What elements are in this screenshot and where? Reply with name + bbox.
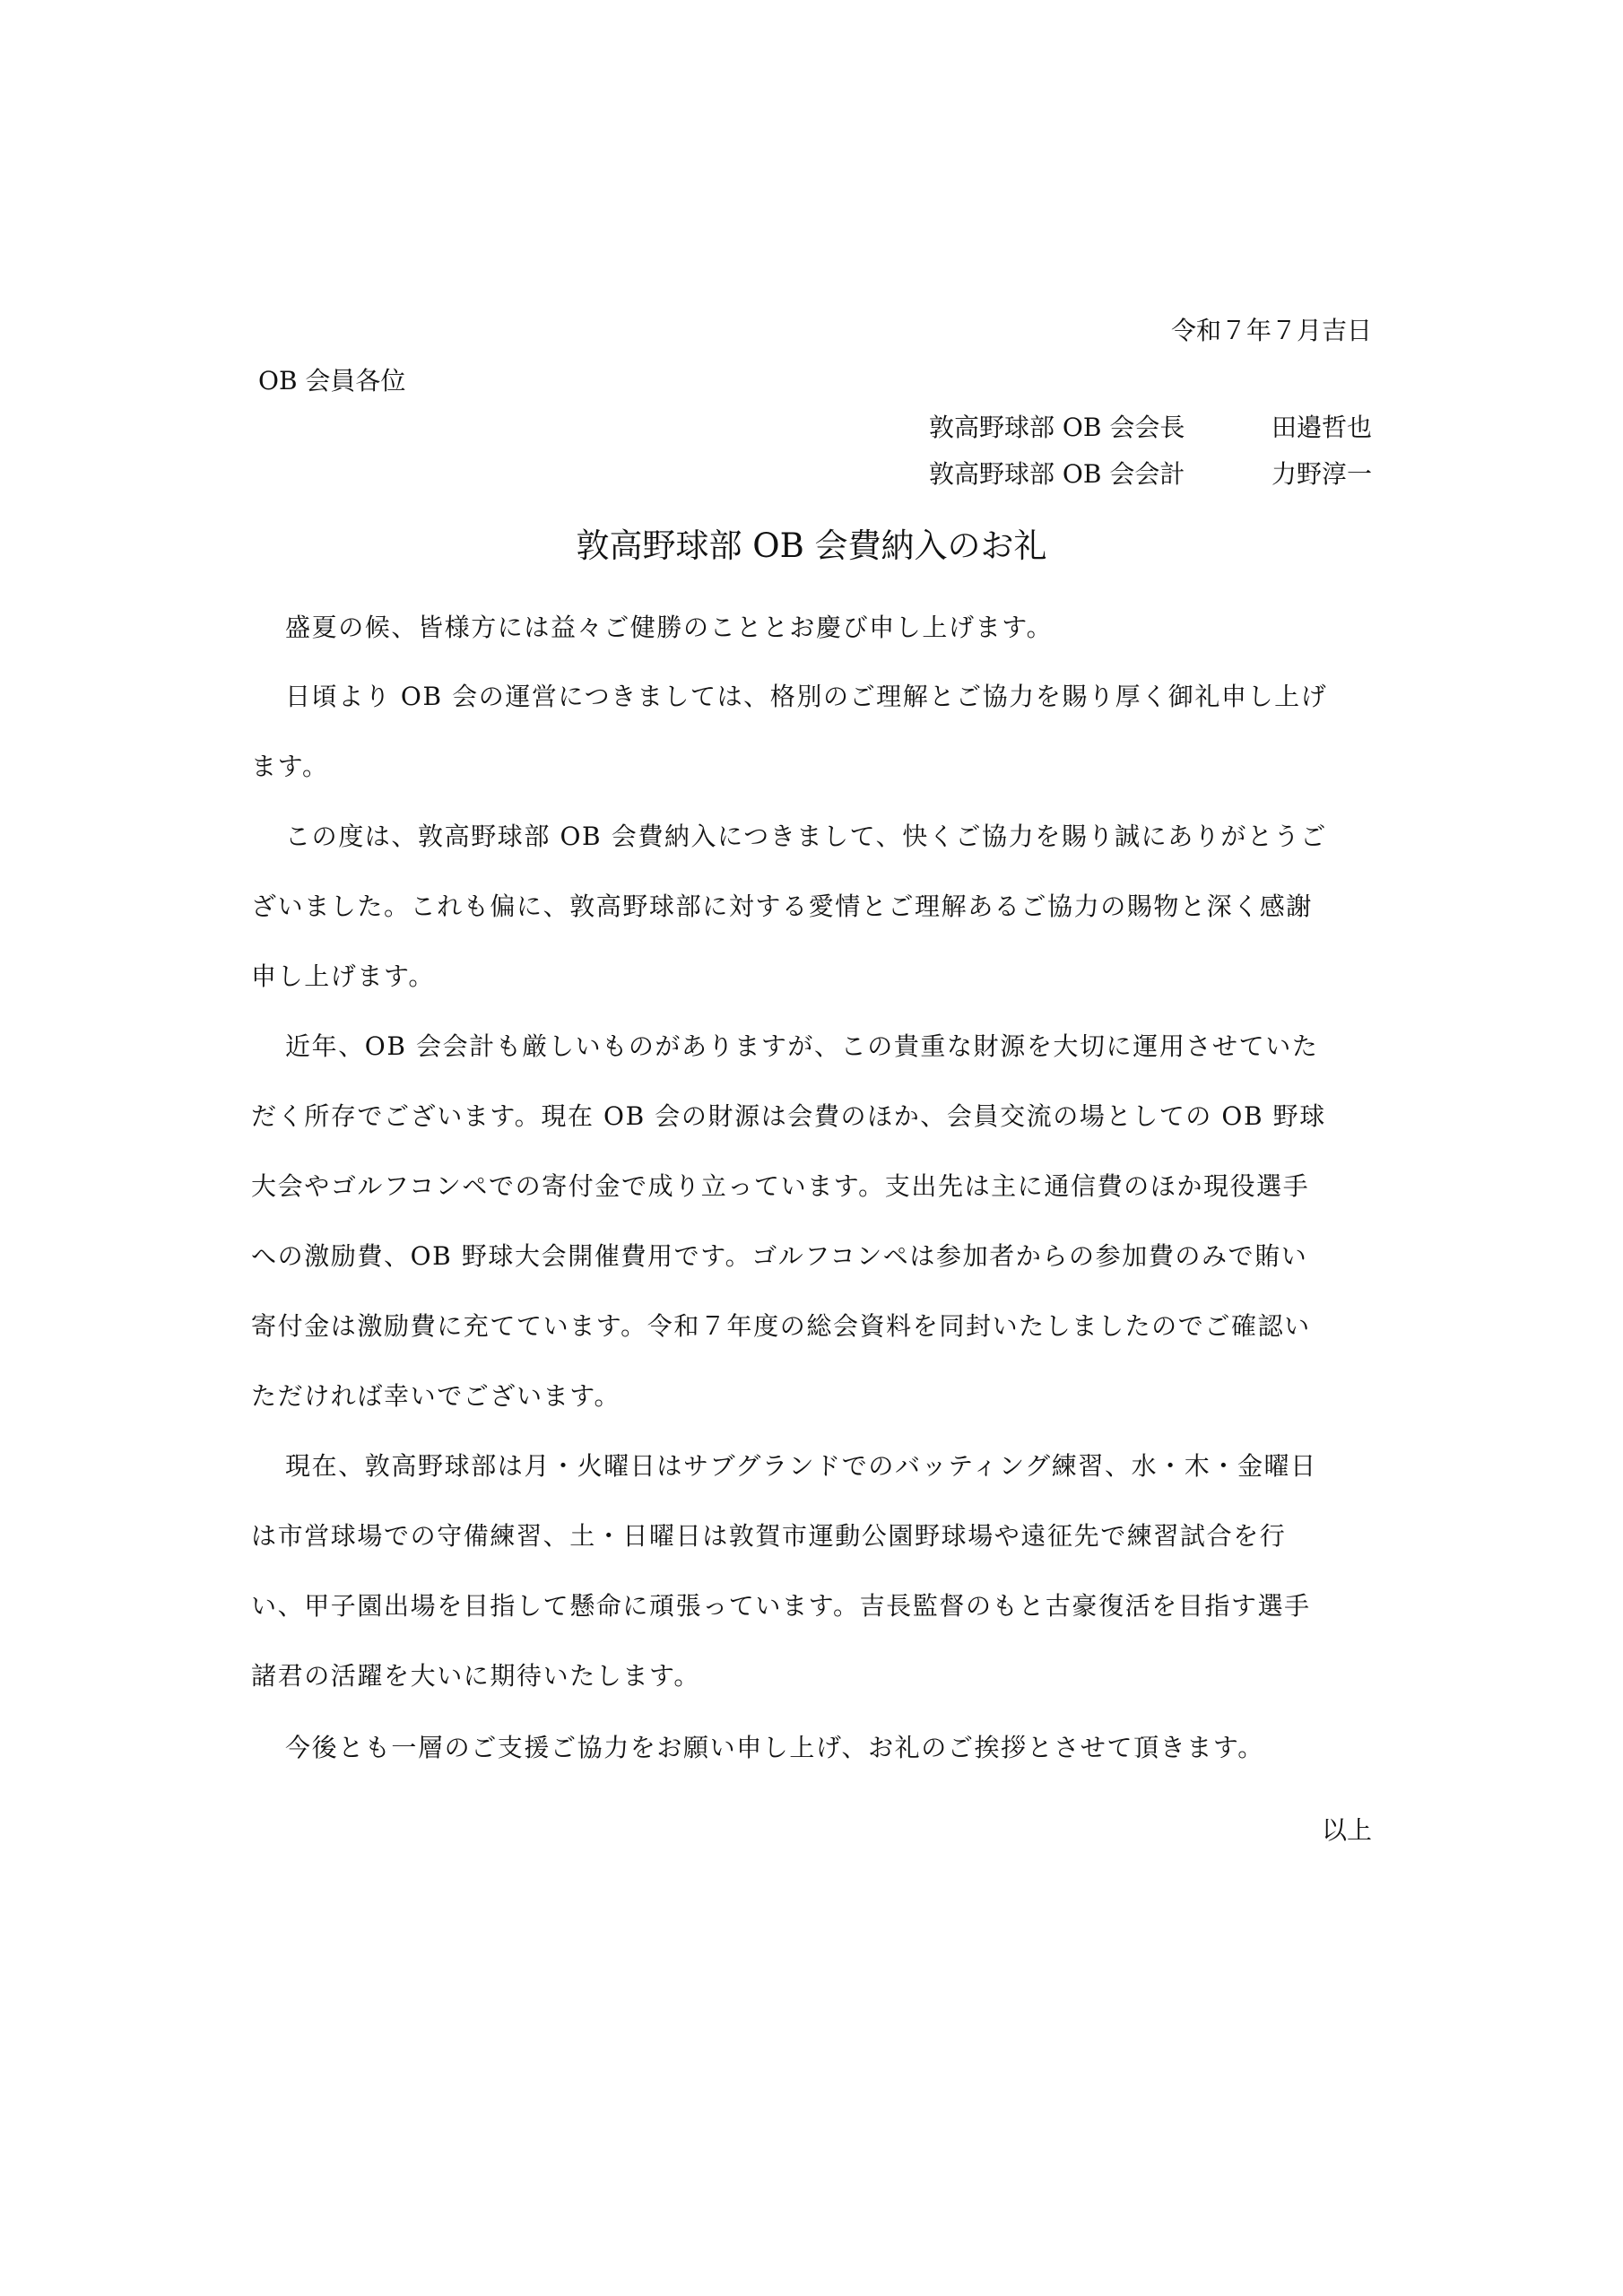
body-line: は市営球場での守備練習、土・日曜日は敦賀市運動公園野球場や遠征先で練習試合を行 bbox=[251, 1521, 1286, 1552]
body-line: この度は、敦高野球部 OB 会費納入につきまして、快くご協力を賜り誠にありがとう… bbox=[285, 822, 1327, 852]
body-line: 近年、OB 会会計も厳しいものがありますが、この貴重な財源を大切に運用させていた bbox=[285, 1031, 1318, 1062]
body-line: 申し上げます。 bbox=[251, 961, 435, 992]
body-line: 日頃より OB 会の運営につきましては、格別のご理解とご協力を賜り厚く御礼申し上… bbox=[285, 682, 1327, 712]
body-line: ただければ幸いでございます。 bbox=[251, 1381, 621, 1412]
addressee: OB 会員各位 bbox=[258, 366, 405, 396]
body-line: 寄付金は激励費に充てています。令和７年度の総会資料を同封いたしましたのでご確認い bbox=[251, 1311, 1311, 1342]
letter-date: 令和７年７月吉日 bbox=[1171, 316, 1372, 346]
letter-title: 敦高野球部 OB 会費納入のお礼 bbox=[0, 524, 1623, 569]
letter-page: 令和７年７月吉日 OB 会員各位 敦高野球部 OB 会会長 田邉哲也 敦高野球部… bbox=[0, 0, 1623, 2296]
body-line: ざいました。これも偏に、敦高野球部に対する愛情とご理解あるご協力の賜物と深く感謝 bbox=[251, 891, 1313, 922]
sender-organization: 敦高野球部 OB 会会長 bbox=[929, 413, 1185, 443]
sender-organization: 敦高野球部 OB 会会計 bbox=[929, 459, 1185, 490]
sender-name: 田邉哲也 bbox=[1271, 413, 1372, 443]
body-line: 今後とも一層のご支援ご協力をお願い申し上げ、お礼のご挨拶とさせて頂きます。 bbox=[285, 1733, 1264, 1763]
body-line: 諸君の活躍を大いに期待いたします。 bbox=[251, 1661, 700, 1692]
body-line: 盛夏の候、皆様方には益々ご健勝のこととお慶び申し上げます。 bbox=[285, 613, 1053, 643]
closing-mark: 以上 bbox=[1322, 1815, 1372, 1846]
body-line: 大会やゴルフコンペでの寄付金で成り立っています。支出先は主に通信費のほか現役選手 bbox=[251, 1171, 1309, 1202]
body-line: 現在、敦高野球部は月・火曜日はサブグランドでのバッティング練習、水・木・金曜日 bbox=[285, 1451, 1317, 1482]
body-line: い、甲子園出場を目指して懸命に頑張っています。吉長監督のもと古豪復活を目指す選手 bbox=[251, 1591, 1311, 1622]
body-line: への激励費、OB 野球大会開催費用です。ゴルフコンペは参加者からの参加費のみで賄… bbox=[251, 1241, 1307, 1272]
body-line: だく所存でございます。現在 OB 会の財源は会費のほか、会員交流の場としての O… bbox=[251, 1101, 1326, 1132]
body-line: ます。 bbox=[251, 752, 329, 782]
sender-name: 力野淳一 bbox=[1271, 459, 1372, 490]
